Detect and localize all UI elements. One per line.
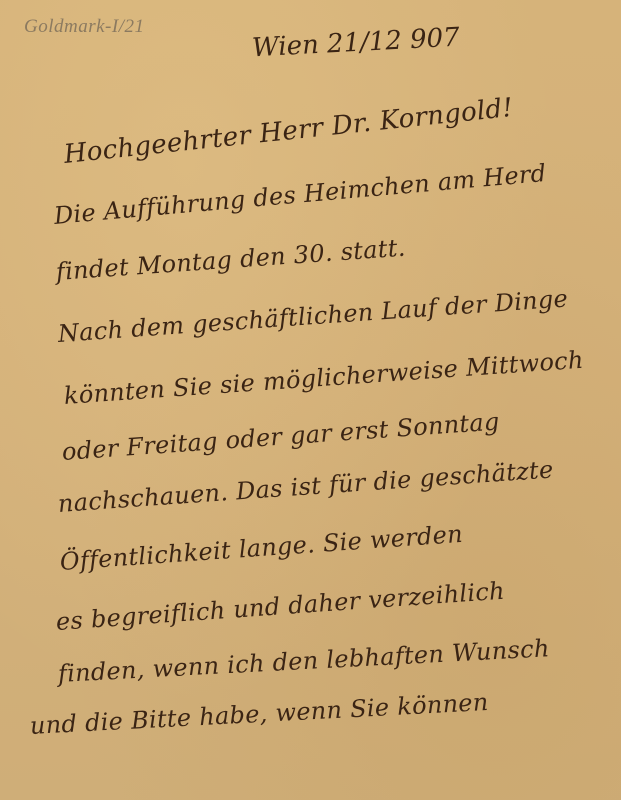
letter-line: Öffentlichkeit lange. Sie werden — [59, 520, 464, 576]
letter-line: Nach dem geschäftlichen Lauf der Dinge — [57, 284, 569, 348]
letter-line: und die Bitte habe, wenn Sie können — [29, 688, 489, 740]
letter-line: findet Montag den 30. statt. — [55, 234, 406, 286]
archive-pencil-mark: Goldmark-I/21 — [24, 16, 144, 38]
letter-line: Die Aufführung des Heimchen am Herd — [53, 159, 548, 230]
letter-line: nachschauen. Das ist für die geschätzte — [57, 455, 554, 518]
dateline: Wien 21/12 907 — [251, 23, 460, 64]
letter-line: oder Freitag oder gar erst Sonntag — [61, 407, 500, 466]
salutation: Hochgeehrter Herr Dr. Korngold! — [62, 93, 514, 170]
letter-line: könnten Sie sie möglicherweise Mittwoch — [63, 346, 584, 410]
letter-page: Goldmark-I/21 Wien 21/12 907 Hochgeehrte… — [0, 0, 621, 800]
letter-line: finden, wenn ich den lebhaften Wunsch — [57, 634, 550, 688]
letter-line: es begreiflich und daher verzeihlich — [55, 577, 506, 636]
